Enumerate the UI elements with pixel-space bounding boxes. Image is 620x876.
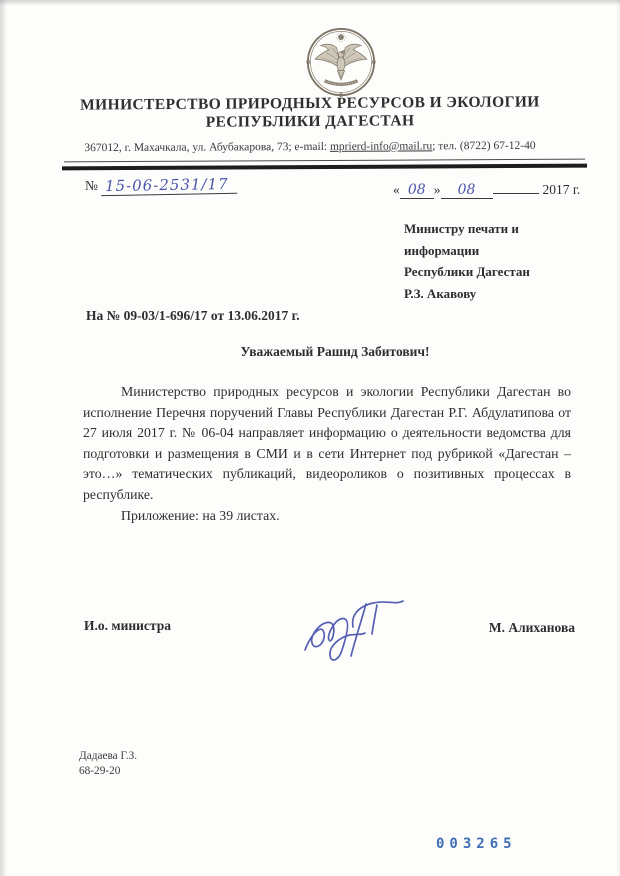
recipient-block: Министру печати и информации Республики … [404, 218, 604, 304]
outgoing-number-line: № 15-06-2531/17 [85, 176, 237, 195]
date-year: 2017 г. [543, 182, 581, 197]
date-open-quote: « [393, 182, 400, 197]
number-label: № [85, 178, 98, 193]
recipient-line: информации [404, 240, 604, 262]
signer-name: М. Алиханова [0, 620, 575, 636]
date-month-handwritten: 08 [441, 182, 493, 199]
recipient-line: Республики Дагестан [404, 261, 604, 283]
executor-name: Дадаева Г.З. [79, 749, 137, 764]
recipient-line: Р.З. Акавову [404, 283, 604, 305]
date-line: «08»082017 г. [393, 182, 580, 199]
date-day-handwritten: 08 [400, 182, 434, 199]
org-address-line: 367012, г. Махачкала, ул. Абубакарова, 7… [0, 139, 620, 154]
header-rule-thin [64, 159, 585, 163]
executor-phone: 68-29-20 [79, 764, 137, 779]
address-suffix: ; тел. (8722) 67-12-40 [432, 140, 535, 153]
body-paragraph: Министерство природных ресурсов и эколог… [83, 382, 571, 506]
salutation: Уважаемый Рашид Забитович! [0, 344, 620, 360]
attachment-line: Приложение: на 39 листах. [83, 506, 571, 527]
date-blank-underline [493, 193, 539, 194]
dagestan-coat-of-arms-icon [303, 26, 379, 98]
outgoing-number-handwritten: 15-06-2531/17 [101, 175, 237, 196]
date-close-quote: » [434, 182, 441, 197]
reference-line: На № 09-03/1-696/17 от 13.06.2017 г. [86, 308, 300, 324]
address-prefix: 367012, г. Махачкала, ул. Абубакарова, 7… [84, 141, 330, 154]
header-rule-thick [62, 164, 587, 171]
org-email: mprierd-info@mail.ru [330, 140, 432, 153]
letter-body: Министерство природных ресурсов и эколог… [83, 382, 571, 526]
stamp-number: 003265 [436, 836, 517, 852]
scanned-letter-page: МИНИСТЕРСТВО ПРИРОДНЫХ РЕСУРСОВ И ЭКОЛОГ… [0, 0, 620, 876]
recipient-line: Министру печати и [404, 218, 604, 240]
org-title: МИНИСТЕРСТВО ПРИРОДНЫХ РЕСУРСОВ И ЭКОЛОГ… [0, 93, 620, 133]
executor-block: Дадаева Г.З. 68-29-20 [79, 749, 137, 778]
